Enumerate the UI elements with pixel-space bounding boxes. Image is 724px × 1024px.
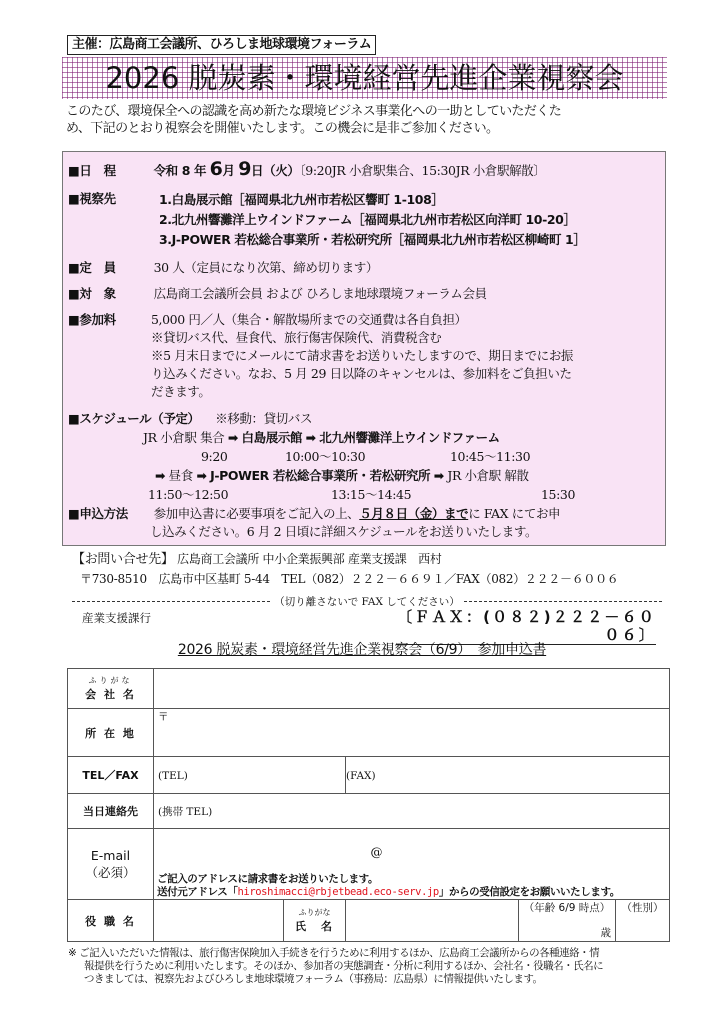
age-label: （年齢 6/9 時点）: [519, 900, 615, 915]
mobile-tel-field[interactable]: (携帯 TEL): [154, 794, 670, 829]
day-unit: 日: [251, 163, 263, 178]
sites-row: ■視察先: [68, 190, 116, 208]
page-title: 2026 脱炭素・環境経営先進企業視察会: [62, 59, 667, 97]
address-field[interactable]: 〒: [154, 709, 670, 757]
form-row-company: ふりがな 会 社 名: [68, 669, 670, 709]
target-value: 広島商工会議所会員 および ひろしま地球環境フォーラム会員: [154, 286, 487, 301]
intro-line: め、下記のとおり視察会を開催いたします。この機会に是非ご参加ください。: [66, 120, 676, 137]
cut-line-text: （切り離さないで FAX してください）: [270, 594, 464, 609]
fee-label: ■参加料: [68, 312, 116, 327]
application-text: に FAX にてお申: [468, 506, 560, 521]
footnote-line: つきましては、視察先およびひろしま地球環境フォーラム（事務局：広島県）に情報提供…: [68, 973, 678, 986]
event-details-box: ■日 程 令和 8 年 6月 9日（火）〔9:20JR 小倉駅集合、15:30J…: [62, 151, 666, 546]
schedule-stop: JR 小倉駅 集合: [143, 430, 224, 445]
schedule-stop: JR 小倉駅 解散: [447, 468, 528, 483]
schedule-time: 11:50～12:50: [148, 486, 228, 504]
application-text: し込みください。6 月 2 日頃に詳細スケジュールをお送りいたします。: [150, 524, 537, 539]
furigana-label: ふりがな: [284, 908, 345, 918]
cut-line: （切り離さないで FAX してください）: [72, 594, 662, 609]
arrow-right-icon: ➡: [434, 468, 444, 483]
arrow-right-icon: ➡: [306, 430, 316, 445]
telfax-label: TEL／FAX: [68, 757, 154, 794]
date-weekday: （火）: [263, 163, 299, 178]
application-deadline: ５月８日（金）まで: [359, 506, 468, 521]
form-row-day-contact: 当日連絡先 (携帯 TEL): [68, 794, 670, 829]
date-month: 6: [210, 158, 223, 180]
intro-line: このたび、環境保全への認識を高め新たな環境ビジネス事業化への一助としていただくた: [66, 103, 676, 120]
at-sign: @: [154, 845, 669, 859]
fee-details: 5,000 円／人（集合・解散場所までの交通費は各自負担） ※貸切バス代、昼食代…: [151, 311, 573, 401]
schedule-time: 10:00～10:30: [285, 448, 365, 466]
month-unit: 月: [223, 163, 235, 178]
sites-label: ■視察先: [68, 191, 116, 206]
arrow-right-icon: ➡: [228, 430, 238, 445]
title-banner: 2026 脱炭素・環境経営先進企業視察会: [62, 57, 667, 99]
date-row: ■日 程 令和 8 年 6月 9日（火）〔9:20JR 小倉駅集合、15:30J…: [68, 160, 545, 180]
application-row: ■申込方法 参加申込書に必要事項をご記入の上、５月８日（金）までに FAX にて…: [68, 505, 560, 523]
intro-text: このたび、環境保全への認識を高め新たな環境ビジネス事業化への一助としていただくた…: [66, 103, 676, 137]
tel-field[interactable]: (TEL): [154, 757, 346, 794]
fee-line: ※5 月末日までにメールにて請求書をお送りいたしますので、期日までにお振: [151, 347, 573, 365]
arrow-right-icon: ➡: [155, 468, 165, 483]
name-label: 氏 名: [295, 920, 334, 933]
form-row-email: E-mail （必須） @ ご記入のアドレスに請求書をお送りいたします。 送付元…: [68, 829, 670, 900]
footnote-line: 報提供を行うために利用いたします。そのほか、参加者の実態調査・分析に利用するほか…: [68, 960, 678, 973]
fax-recipient: 産業支援課行: [82, 610, 151, 626]
schedule-stop: J-POWER 若松総合事業所・若松研究所: [210, 468, 430, 483]
gender-label: （性別）: [616, 900, 669, 915]
company-label-cell: ふりがな 会 社 名: [68, 669, 154, 709]
arrow-right-icon: ➡: [196, 468, 206, 483]
age-field[interactable]: （年齢 6/9 時点） 歳: [519, 900, 616, 942]
target-label: ■対 象: [68, 285, 150, 303]
organizer-label: 主催：広島商工会議所、ひろしま地球環境フォーラム: [67, 35, 376, 55]
contact-label: 【お問い合せ先】: [72, 552, 174, 567]
sites-list: 1.白島展示館［福岡県北九州市若松区響町 1-108］ 2.北九州響灘洋上ウイン…: [159, 190, 585, 250]
email-note-post: 」からの受信設定をお願いいたします。: [439, 886, 620, 898]
schedule-row-2: ➡ 昼食 ➡ J-POWER 若松総合事業所・若松研究所 ➡ JR 小倉駅 解散: [155, 467, 529, 485]
date-label: ■日 程: [68, 162, 150, 180]
age-unit: 歳: [601, 925, 612, 940]
fee-row: ■参加料: [68, 311, 116, 329]
date-day: 9: [238, 158, 251, 180]
form-row-address: 所 在 地 〒: [68, 709, 670, 757]
schedule-time: 10:45～11:30: [450, 448, 530, 466]
email-required-label: （必須）: [68, 864, 153, 881]
schedule-stop: 白島展示館: [242, 430, 303, 445]
fee-line: り込みください。なお、5 月 29 日以降のキャンセルは、参加料をご負担いた: [151, 365, 573, 383]
date-note: 〔9:20JR 小倉駅集合、15:30JR 小倉駅解散〕: [299, 163, 545, 178]
schedule-time: 13:15～14:45: [331, 486, 411, 504]
name-label-cell: ふりがな 氏 名: [284, 900, 346, 942]
postal-mark: 〒: [154, 711, 169, 723]
tel-hint: (TEL): [154, 770, 188, 782]
company-label: 会 社 名: [85, 688, 136, 701]
address-label: 所 在 地: [68, 709, 154, 757]
application-form: ふりがな 会 社 名 所 在 地 〒 TEL／FAX (TEL) (FAX) 当…: [67, 668, 670, 942]
site-item: 2.北九州響灘洋上ウインドファーム［福岡県北九州市若松区向洋町 10-20］: [159, 210, 585, 230]
divider: [72, 601, 270, 602]
email-note-pre: 送付元アドレス「: [157, 886, 238, 898]
divider: [464, 601, 662, 602]
contact-address: 〒730-8510 広島市中区基町 5-44 TEL（082）２２２－６６９１／…: [80, 571, 619, 588]
site-item: 1.白島展示館［福岡県北九州市若松区響町 1-108］: [159, 190, 585, 210]
privacy-footnote: ※ ご記入いただいた情報は、旅行傷害保険加入手続きを行うために利用するほか、広島…: [68, 947, 678, 986]
fee-line: ※貸切バス代、昼食代、旅行傷害保険代、消費税含む: [151, 329, 573, 347]
email-field[interactable]: @ ご記入のアドレスに請求書をお送りいたします。 送付元アドレス「hiroshi…: [154, 829, 670, 900]
form-title: 2026 脱炭素・環境経営先進企業視察会（6/9） 参加申込書: [0, 639, 724, 659]
day-contact-label: 当日連絡先: [68, 794, 154, 829]
name-field[interactable]: [346, 900, 519, 942]
sender-address: hiroshimacci@rbjetbead.eco-serv.jp: [238, 886, 439, 898]
schedule-time: 9:20: [201, 448, 227, 466]
application-text: 参加申込書に必要事項をご記入の上、: [154, 506, 360, 521]
schedule-row-1: JR 小倉駅 集合 ➡ 白島展示館 ➡ 北九州響灘洋上ウインドファーム: [143, 429, 500, 447]
email-label: E-mail: [68, 847, 153, 864]
capacity-row: ■定 員 30 人（定員になり次第、締め切ります）: [68, 259, 378, 277]
application-row-2: し込みください。6 月 2 日頃に詳細スケジュールをお送りいたします。: [150, 523, 537, 541]
schedule-label: ■スケジュール（予定）: [68, 411, 200, 426]
application-label: ■申込方法: [68, 505, 150, 523]
email-sender-note: 送付元アドレス「hiroshimacci@rbjetbead.eco-serv.…: [154, 886, 669, 899]
fee-line: だきます。: [151, 383, 573, 401]
company-name-field[interactable]: [154, 669, 670, 709]
email-note: ご記入のアドレスに請求書をお送りいたします。: [154, 873, 669, 886]
mobile-hint: (携帯 TEL): [154, 806, 212, 818]
gender-field[interactable]: （性別）: [616, 900, 670, 942]
contact-line: 【お問い合せ先】 広島商工会議所 中小企業振興部 産業支援課 西村: [72, 551, 442, 568]
target-row: ■対 象 広島商工会議所会員 および ひろしま地球環境フォーラム会員: [68, 285, 487, 303]
job-title-field[interactable]: [154, 900, 284, 942]
email-label-cell: E-mail （必須）: [68, 829, 154, 900]
furigana-label: ふりがな: [68, 676, 153, 686]
footnote-line: ※ ご記入いただいた情報は、旅行傷害保険加入手続きを行うために利用するほか、広島…: [68, 947, 678, 960]
schedule-header: ■スケジュール（予定） ※移動：貸切バス: [68, 410, 312, 428]
contact-dept: 広島商工会議所 中小企業振興部 産業支援課 西村: [177, 552, 441, 566]
schedule-time: 15:30: [541, 486, 575, 504]
schedule-stop: 北九州響灘洋上ウインドファーム: [319, 430, 500, 445]
form-row-telfax: TEL／FAX (TEL) (FAX): [68, 757, 670, 794]
date-year: 令和 8 年: [154, 163, 207, 178]
schedule-stop: 昼食: [169, 468, 193, 483]
fax-hint: (FAX): [346, 770, 376, 782]
site-item: 3.J-POWER 若松総合事業所・若松研究所［福岡県北九州市若松区柳崎町 1］: [159, 230, 585, 250]
form-row-person: 役 職 名 ふりがな 氏 名 （年齢 6/9 時点） 歳 （性別）: [68, 900, 670, 942]
transport-note: ※移動：貸切バス: [203, 411, 312, 426]
job-title-label: 役 職 名: [68, 900, 154, 942]
fax-field[interactable]: (FAX): [346, 757, 670, 794]
capacity-value: 30 人（定員になり次第、締め切ります）: [154, 260, 378, 275]
capacity-label: ■定 員: [68, 259, 150, 277]
fee-line: 5,000 円／人（集合・解散場所までの交通費は各自負担）: [151, 311, 573, 329]
